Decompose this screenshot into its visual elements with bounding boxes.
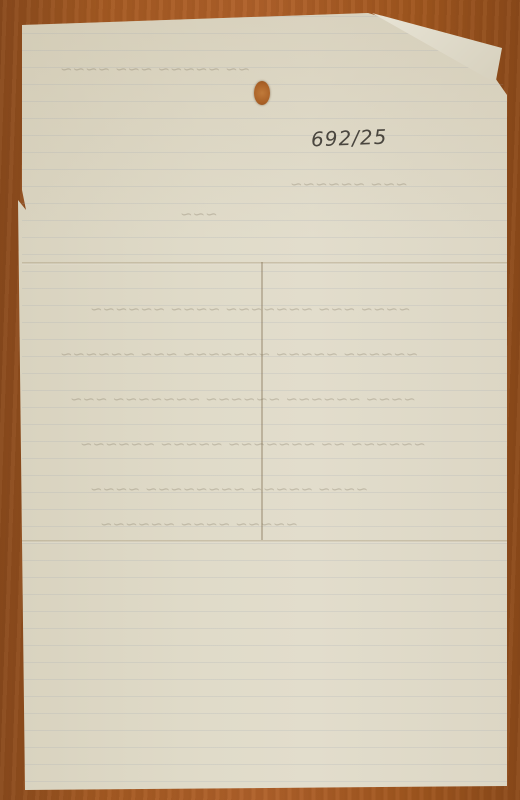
faint-handwriting: ~~~: [180, 205, 218, 223]
faint-handwriting: ~~ ~~~~~ ~~~ ~~~~: [60, 60, 250, 78]
fold-line-lower: [22, 540, 507, 543]
faint-handwriting: ~~~~ ~~~~~ ~~~~~~~~ ~~~~: [90, 480, 368, 498]
faint-handwriting: ~~~~~~ ~~~~~ ~~~~~~~ ~~~ ~~~~~~: [60, 345, 418, 363]
faint-handwriting: ~~~ ~~~~~~: [290, 175, 408, 193]
faint-handwriting: ~~~~ ~~~ ~~~~~~~ ~~~~ ~~~~~~: [90, 300, 411, 318]
archive-reference-number: 692/25: [311, 125, 388, 152]
faint-handwriting: ~~~~~~ ~~ ~~~~~~~ ~~~~~ ~~~~~~: [80, 435, 426, 453]
fold-line-upper: [22, 262, 507, 265]
faint-handwriting: ~~~~ ~~~~~~ ~~~~~~ ~~~~~~~ ~~~: [70, 390, 416, 408]
faint-handwriting: ~~~~~ ~~~~ ~~~~~~: [100, 515, 298, 533]
punch-hole: [254, 81, 270, 105]
